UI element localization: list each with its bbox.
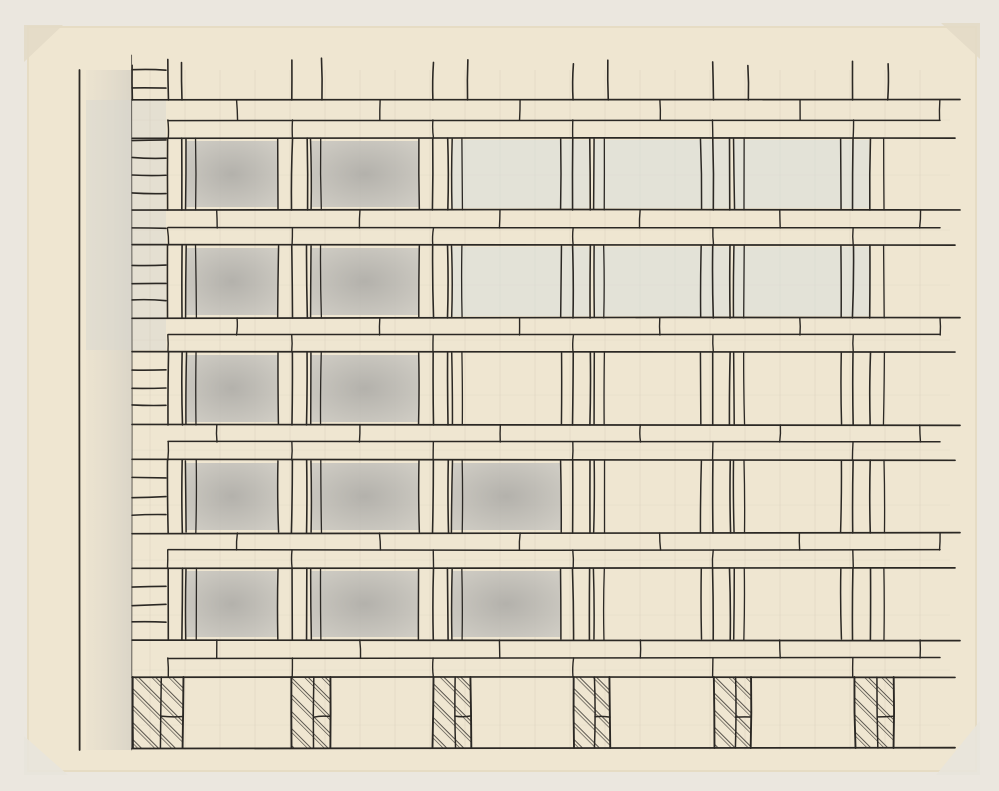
shaded-window	[311, 355, 419, 422]
ink-line	[160, 677, 161, 748]
ink-line	[853, 138, 854, 210]
ink-line	[132, 140, 166, 141]
ink-line	[433, 460, 434, 533]
ink-line	[168, 352, 169, 425]
ink-line	[593, 569, 594, 639]
ink-line	[419, 461, 420, 532]
ink-line	[132, 424, 960, 425]
ink-line	[870, 460, 871, 533]
ink-line	[433, 62, 434, 100]
ink-line	[455, 677, 456, 748]
ink-line	[729, 352, 730, 425]
ink-line	[884, 460, 885, 533]
ink-line	[186, 353, 187, 424]
hatched-pier	[433, 677, 471, 748]
ink-line	[841, 353, 842, 424]
ink-line	[853, 550, 854, 568]
ink-line	[432, 677, 433, 748]
ink-line	[433, 568, 434, 640]
tinted-window	[594, 140, 729, 208]
ink-line	[573, 245, 574, 318]
ink-line	[182, 460, 183, 533]
ink-line	[660, 100, 661, 120]
ink-line	[168, 658, 169, 677]
ink-line	[452, 353, 453, 424]
ink-line	[595, 716, 610, 717]
hatched-pier	[291, 677, 330, 748]
ink-line	[185, 569, 186, 639]
ink-line	[307, 352, 308, 425]
ink-line	[734, 569, 735, 639]
ink-line	[870, 352, 871, 425]
ink-line	[573, 550, 574, 568]
ink-line	[132, 640, 960, 641]
ink-line	[713, 138, 714, 210]
tinted-window	[452, 140, 589, 208]
ink-line	[735, 677, 736, 748]
ink-line	[168, 120, 169, 138]
ink-line	[132, 622, 166, 623]
ink-line	[132, 748, 955, 749]
ink-line	[278, 461, 279, 532]
ink-line	[604, 568, 605, 640]
shaded-window	[311, 141, 419, 207]
shaded-window	[311, 248, 419, 315]
ink-line	[132, 317, 960, 318]
ink-line	[733, 461, 734, 532]
shaded-window	[186, 141, 278, 207]
ink-line	[359, 210, 360, 228]
ink-line	[713, 568, 714, 640]
ink-line	[561, 461, 562, 532]
ink-line	[713, 245, 714, 318]
ink-line	[132, 193, 166, 194]
ink-line	[734, 353, 735, 424]
ink-line	[185, 461, 186, 532]
tinted-window	[734, 247, 869, 316]
ink-line	[186, 246, 187, 317]
ink-line	[594, 677, 595, 748]
ink-line	[467, 60, 468, 100]
ink-line	[311, 569, 312, 639]
ink-line	[448, 138, 449, 210]
hatched-pier	[855, 677, 894, 748]
ink-line	[573, 228, 574, 245]
ink-line	[573, 352, 574, 425]
ink-line	[182, 352, 183, 425]
ink-line	[920, 425, 921, 442]
ink-line	[168, 550, 940, 551]
ink-line	[292, 550, 293, 568]
ink-line	[132, 405, 166, 406]
hatched-pier	[133, 677, 183, 748]
ink-line	[462, 138, 463, 210]
ink-line	[713, 228, 714, 245]
tinted-window	[594, 247, 729, 316]
ink-line	[713, 62, 714, 100]
tinted-window	[452, 247, 589, 316]
ink-line	[713, 335, 714, 352]
ink-line	[310, 139, 311, 209]
ink-line	[870, 138, 871, 210]
ink-line	[714, 677, 715, 748]
ink-line	[748, 66, 749, 100]
ink-line	[462, 352, 463, 425]
ink-line	[433, 120, 434, 138]
ink-line	[167, 460, 168, 533]
ink-line	[744, 245, 745, 318]
shaded-window	[186, 248, 278, 315]
ink-line	[313, 677, 314, 748]
facade-elevation-drawing	[0, 0, 999, 791]
artwork-canvas: Architectural facade elevation sketch	[0, 0, 999, 791]
ink-line	[307, 245, 308, 318]
ink-line	[321, 460, 322, 533]
ink-line	[217, 210, 218, 228]
ink-line	[132, 210, 960, 211]
ink-line	[780, 425, 781, 442]
ink-line	[132, 533, 960, 534]
ink-line	[447, 568, 448, 640]
ink-line	[499, 210, 500, 228]
ink-line	[132, 515, 166, 516]
ink-line	[590, 352, 591, 425]
ink-line	[751, 677, 752, 748]
ink-line	[292, 442, 293, 460]
ink-line	[359, 425, 360, 442]
ink-line	[573, 64, 574, 100]
ink-line	[888, 64, 889, 100]
ink-line	[853, 460, 854, 533]
ink-line	[132, 175, 166, 176]
ink-line	[292, 245, 293, 318]
ink-line	[278, 246, 279, 317]
shaded-window	[452, 463, 561, 530]
ink-line	[462, 568, 463, 640]
ink-line	[132, 586, 166, 587]
ink-line	[183, 677, 184, 748]
ink-line	[182, 568, 183, 640]
ink-line	[852, 568, 853, 640]
ink-line	[321, 138, 322, 210]
ink-line	[321, 58, 322, 100]
ink-line	[561, 246, 562, 317]
ink-line	[452, 569, 453, 639]
ink-line	[733, 246, 734, 317]
hatched-pier	[714, 677, 751, 748]
ink-line	[181, 63, 182, 100]
ink-line	[161, 716, 183, 717]
ink-line	[841, 569, 842, 639]
ink-line	[321, 352, 322, 425]
ink-line	[168, 442, 169, 460]
ink-line	[640, 425, 641, 442]
ink-line	[307, 138, 308, 210]
ink-line	[196, 460, 197, 533]
ink-line	[216, 425, 217, 442]
ink-line	[609, 677, 610, 748]
ink-line	[132, 265, 166, 266]
ink-line	[744, 460, 745, 533]
ink-line	[730, 460, 731, 533]
ink-line	[744, 568, 745, 640]
ink-line	[132, 69, 166, 70]
ink-line	[712, 550, 713, 568]
ink-line	[573, 335, 574, 352]
ink-line	[291, 460, 292, 533]
ink-line	[841, 461, 842, 532]
ink-line	[419, 139, 420, 209]
ink-line	[419, 246, 420, 317]
ink-line	[852, 442, 853, 460]
ink-line	[884, 245, 885, 318]
ink-line	[878, 716, 895, 717]
ink-line	[894, 677, 895, 748]
ink-line	[447, 245, 448, 318]
shaded-window	[311, 463, 419, 530]
shaded-window	[452, 571, 561, 637]
tinted-window	[734, 140, 869, 208]
hatched-pier	[574, 677, 610, 748]
ink-line	[940, 533, 941, 550]
ink-line	[448, 460, 449, 533]
ink-line	[639, 210, 640, 228]
ink-line	[168, 59, 169, 100]
ink-line	[132, 477, 166, 478]
ink-line	[132, 459, 955, 460]
ink-line	[132, 157, 166, 158]
ink-line	[451, 246, 452, 317]
ink-line	[455, 716, 471, 717]
ink-line	[520, 100, 521, 120]
shaded-window	[186, 355, 278, 422]
ink-line	[237, 318, 238, 335]
ink-line	[433, 658, 434, 677]
ink-line	[780, 640, 781, 658]
ink-line	[608, 60, 609, 100]
ink-line	[470, 677, 471, 748]
ink-line	[604, 245, 605, 318]
shaded-window	[186, 571, 278, 637]
ink-line	[594, 461, 595, 532]
ink-line	[701, 246, 702, 317]
shaded-window	[186, 463, 278, 530]
ink-line	[734, 139, 735, 209]
ink-line	[729, 568, 730, 640]
shaded-window	[311, 571, 419, 637]
ink-line	[452, 139, 453, 209]
